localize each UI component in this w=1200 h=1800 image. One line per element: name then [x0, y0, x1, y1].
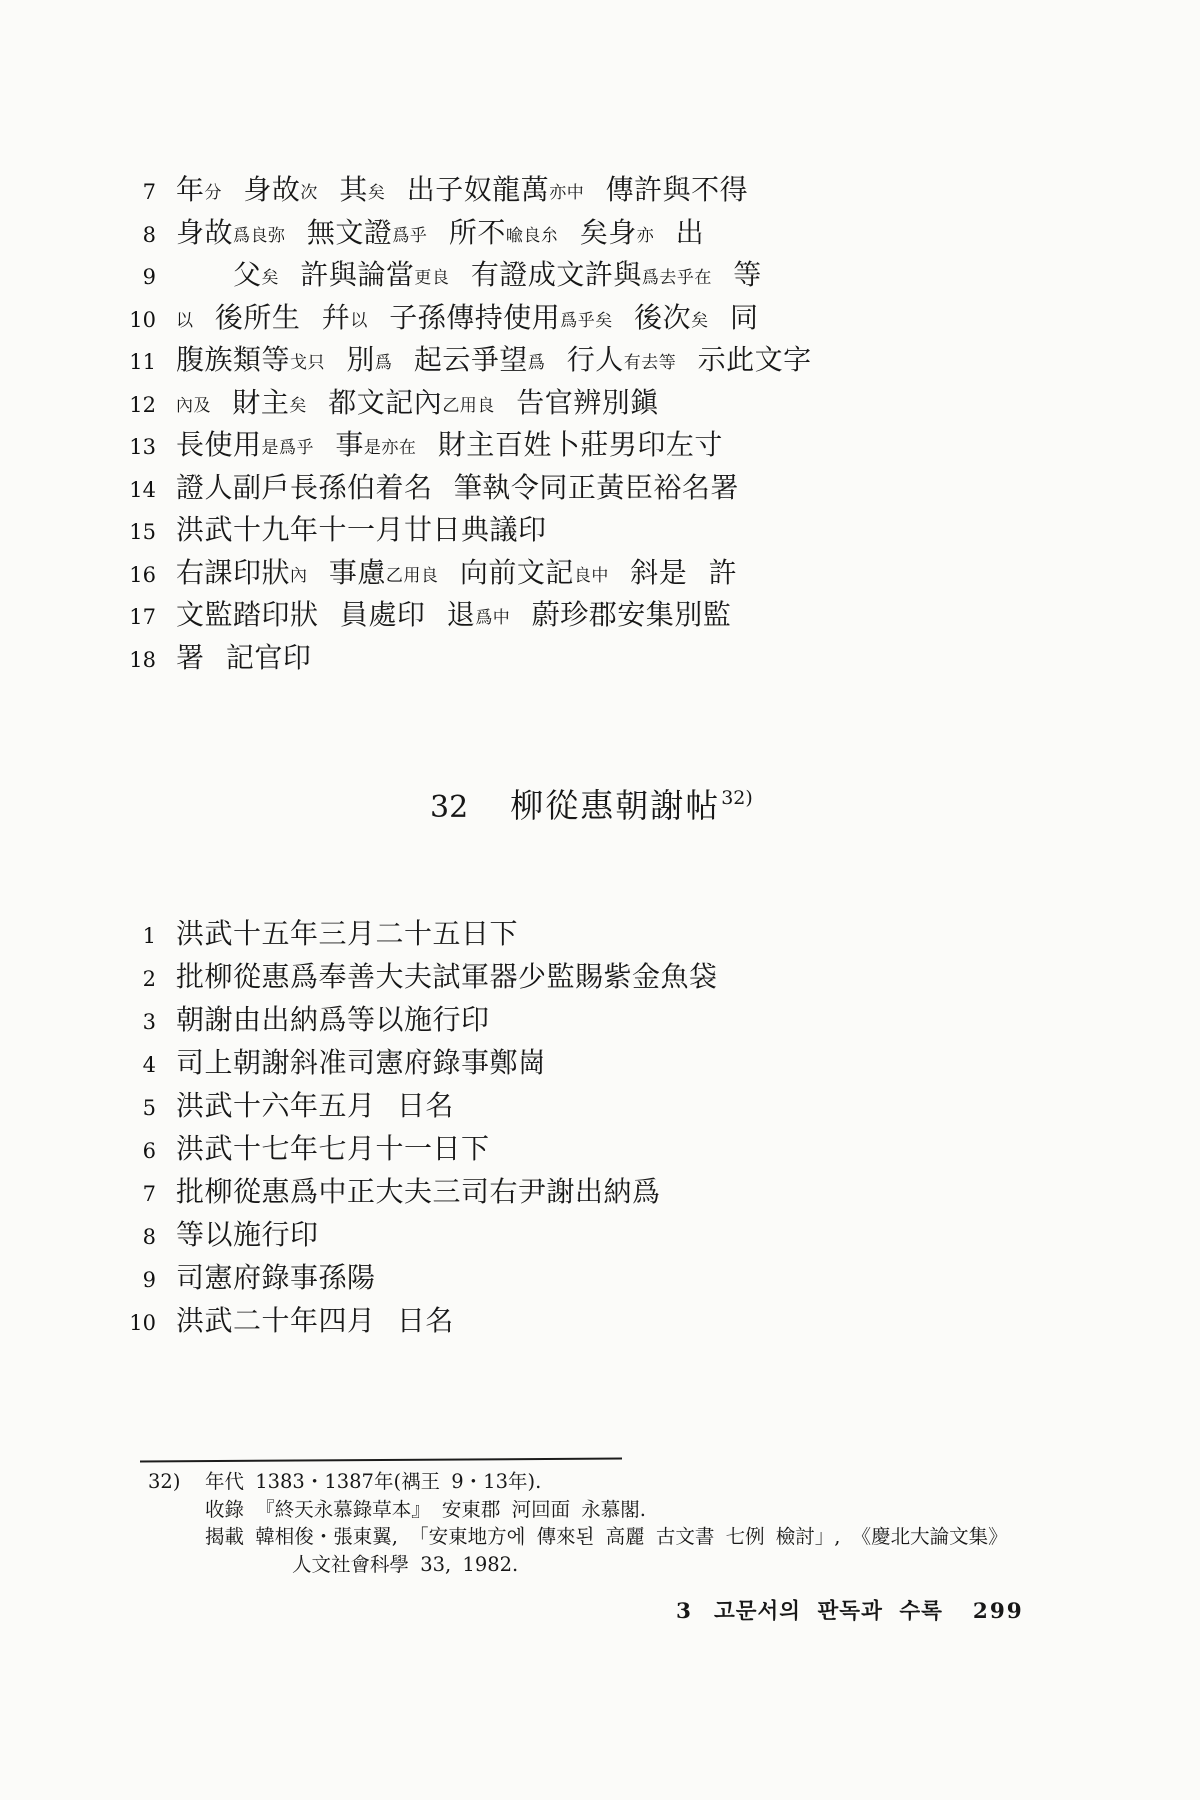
idu-gloss: 有去等 [624, 353, 677, 373]
line-text: 身故爲良弥 無文證爲乎 所不喩良厼 矣身亦 出 [176, 211, 704, 251]
doc-line: 6洪武十七年七月十一日下 [122, 1127, 718, 1170]
line-number: 16 [122, 563, 156, 587]
idu-gloss: 喩良厼 [506, 226, 559, 246]
doc-line: 1洪武十五年三月二十五日下 [122, 912, 718, 955]
doc-line: 人文社會科學 33, 1982. [148, 1549, 1008, 1577]
line-text: 年代 1383・1387年(禑王 9・13年). [205, 1466, 541, 1494]
line-number: 9 [122, 1268, 156, 1292]
idu-gloss: 內 [290, 566, 308, 586]
line-text: 年分 身故次 其矣 出子奴龍萬亦中 傳許與不得 [176, 168, 748, 208]
idu-gloss: 是亦在 [364, 438, 417, 458]
line-text: 批柳從惠爲奉善大夫試軍器少監賜紫金魚袋 [176, 955, 718, 995]
doc-line: 18署 記官印 [122, 636, 812, 679]
line-number: 7 [122, 1182, 156, 1206]
footnote-divider-rule [140, 1458, 622, 1463]
section-title: 柳從惠朝謝帖 [510, 780, 720, 827]
footer-section-title: 고문서의 판독과 수록 [714, 1594, 943, 1625]
line-text: 證人副戶長孫伯着名 筆執令同正黃臣裕名署 [176, 466, 739, 506]
line-number: 11 [122, 350, 156, 374]
line-number: 12 [122, 393, 156, 417]
doc-line: 11腹族類等戈只 別爲 起云爭望爲 行人有去等 示此文字 [122, 338, 812, 381]
doc-line: 7批柳從惠爲中正大夫三司右尹謝出納爲 [122, 1170, 718, 1213]
idu-gloss: 次 [300, 183, 318, 203]
line-text: 揭載 韓相俊・張東翼, 「安東地方에 傳來된 高麗 古文書 七例 檢討」, 《慶… [205, 1521, 1008, 1549]
doc-line: 5洪武十六年五月 日名 [122, 1084, 718, 1127]
idu-gloss: 爲 [528, 353, 546, 373]
idu-gloss: 矣 [262, 268, 280, 288]
line-number: 18 [122, 648, 156, 672]
line-text: 批柳從惠爲中正大夫三司右尹謝出納爲 [176, 1170, 661, 1210]
document-page: 7年分 身故次 其矣 出子奴龍萬亦中 傳許與不得8身故爲良弥 無文證爲乎 所不喩… [0, 0, 1200, 1800]
idu-gloss: 爲乎 [392, 226, 427, 246]
idu-gloss: 更良 [414, 268, 449, 288]
line-text: 收錄 『終天永慕錄草本』 安東郡 河回面 永慕閣. [205, 1494, 646, 1522]
line-number: 10 [122, 308, 156, 332]
line-text: 洪武十七年七月十一日下 [176, 1127, 490, 1167]
line-text: 洪武二十年四月 日名 [176, 1299, 454, 1339]
idu-gloss: 亦中 [549, 183, 584, 203]
doc-line: 9司憲府錄事孫陽 [122, 1256, 718, 1299]
line-number: 14 [122, 478, 156, 502]
footnote-reference: 32) [721, 787, 753, 809]
doc-line: 3朝謝由出納爲等以施行印 [122, 998, 718, 1041]
line-text: 洪武十六年五月 日名 [176, 1084, 454, 1124]
transcription-doc32-lines: 1洪武十五年三月二十五日下2批柳從惠爲奉善大夫試軍器少監賜紫金魚袋3朝謝由出納爲… [122, 912, 718, 1342]
doc-line: 8等以施行印 [122, 1213, 718, 1256]
doc-line: 8身故爲良弥 無文證爲乎 所不喩良厼 矣身亦 出 [122, 211, 812, 254]
doc-line: 收錄 『終天永慕錄草本』 安東郡 河回面 永慕閣. [148, 1494, 1008, 1522]
idu-gloss: 良中 [574, 566, 609, 586]
page-footer: 3 고문서의 판독과 수록 299 [676, 1594, 1024, 1625]
idu-gloss: 亦 [637, 226, 655, 246]
idu-gloss: 以 [176, 311, 194, 331]
line-number: 7 [122, 180, 156, 204]
doc-line: 揭載 韓相俊・張東翼, 「安東地方에 傳來된 高麗 古文書 七例 檢討」, 《慶… [148, 1521, 1008, 1549]
line-text: 右課印狀內 事慮乙用良 向前文記良中 斜是 許 [176, 551, 737, 591]
idu-gloss: 爲中 [475, 608, 510, 628]
idu-gloss: 爲去乎在 [642, 268, 712, 288]
idu-gloss: 分 [205, 183, 223, 203]
doc-line: 16右課印狀內 事慮乙用良 向前文記良中 斜是 許 [122, 551, 812, 594]
transcription-doc31-lines: 7年分 身故次 其矣 出子奴龍萬亦中 傳許與不得8身故爲良弥 無文證爲乎 所不喩… [122, 168, 812, 678]
section-number: 32 [430, 790, 468, 825]
doc-line: 7年分 身故次 其矣 出子奴龍萬亦中 傳許與不得 [122, 168, 812, 211]
line-text: 洪武十九年十一月廿日典議印 [176, 508, 547, 548]
footer-page-number: 299 [973, 1599, 1024, 1624]
idu-gloss: 矣 [691, 311, 709, 331]
line-number: 15 [122, 520, 156, 544]
line-text: 以 後所生 幷以 子孫傳持使用爲乎矣 後次矣 同 [176, 296, 759, 336]
idu-gloss: 以 [350, 311, 368, 331]
idu-gloss: 乙用良 [386, 566, 439, 586]
line-text: 等以施行印 [176, 1213, 319, 1253]
line-text: 司憲府錄事孫陽 [176, 1256, 376, 1296]
idu-gloss: 是爲乎 [262, 438, 315, 458]
idu-gloss: 爲乎矣 [560, 311, 613, 331]
line-number: 6 [122, 1139, 156, 1163]
idu-gloss: 矣 [368, 183, 386, 203]
line-number: 17 [122, 605, 156, 629]
idu-gloss: 戈只 [290, 353, 325, 373]
doc-line: 12內及 財主矣 都文記內乙用良 告官辨別鎭 [122, 381, 812, 424]
idu-gloss: 乙用良 [442, 396, 495, 416]
doc-line: 32)年代 1383・1387年(禑王 9・13年). [148, 1466, 1008, 1494]
footnote-marker: 32) [148, 1470, 188, 1493]
idu-gloss: 爲 [375, 353, 393, 373]
footer-section-number: 3 [676, 1599, 692, 1624]
line-number: 2 [122, 967, 156, 991]
doc-line: 15洪武十九年十一月廿日典議印 [122, 508, 812, 551]
line-number: 13 [122, 435, 156, 459]
line-number: 9 [122, 265, 156, 289]
line-text: 洪武十五年三月二十五日下 [176, 912, 518, 952]
doc-line: 13長使用是爲乎 事是亦在 財主百姓卜莊男印左寸 [122, 423, 812, 466]
doc-line: 10洪武二十年四月 日名 [122, 1299, 718, 1342]
line-text: 文監踏印狀 員處印 退爲中 蔚珍郡安集別監 [176, 593, 731, 633]
line-text: 長使用是爲乎 事是亦在 財主百姓卜莊男印左寸 [176, 423, 723, 463]
line-number: 3 [122, 1010, 156, 1034]
line-number: 8 [122, 1225, 156, 1249]
line-number: 5 [122, 1096, 156, 1120]
idu-gloss: 內及 [176, 396, 211, 416]
footnote-32: 32)年代 1383・1387年(禑王 9・13年).收錄 『終天永慕錄草本』 … [148, 1466, 1008, 1576]
section-32-heading: 32 柳從惠朝謝帖 32) [430, 780, 753, 827]
line-number: 1 [122, 924, 156, 948]
line-text: 司上朝謝斜准司憲府錄事鄭崗 [176, 1041, 547, 1081]
idu-gloss: 矣 [289, 396, 307, 416]
line-number: 4 [122, 1053, 156, 1077]
idu-gloss: 爲良弥 [233, 226, 286, 246]
line-text: 父矣 許與論當更良 有證成文許與爲去乎在 等 [176, 253, 762, 293]
doc-line: 14證人副戶長孫伯着名 筆執令同正黃臣裕名署 [122, 466, 812, 509]
line-text: 朝謝由出納爲等以施行印 [176, 998, 490, 1038]
doc-line: 2批柳從惠爲奉善大夫試軍器少監賜紫金魚袋 [122, 955, 718, 998]
line-text: 署 記官印 [176, 636, 311, 676]
doc-line: 17文監踏印狀 員處印 退爲中 蔚珍郡安集別監 [122, 593, 812, 636]
line-text: 人文社會科學 33, 1982. [292, 1549, 518, 1577]
doc-line: 10以 後所生 幷以 子孫傳持使用爲乎矣 後次矣 同 [122, 296, 812, 339]
line-text: 腹族類等戈只 別爲 起云爭望爲 行人有去等 示此文字 [176, 338, 812, 378]
doc-line: 4司上朝謝斜准司憲府錄事鄭崗 [122, 1041, 718, 1084]
line-number: 8 [122, 223, 156, 247]
line-number: 10 [122, 1311, 156, 1335]
doc-line: 9 父矣 許與論當更良 有證成文許與爲去乎在 等 [122, 253, 812, 296]
line-text: 內及 財主矣 都文記內乙用良 告官辨別鎭 [176, 381, 659, 421]
